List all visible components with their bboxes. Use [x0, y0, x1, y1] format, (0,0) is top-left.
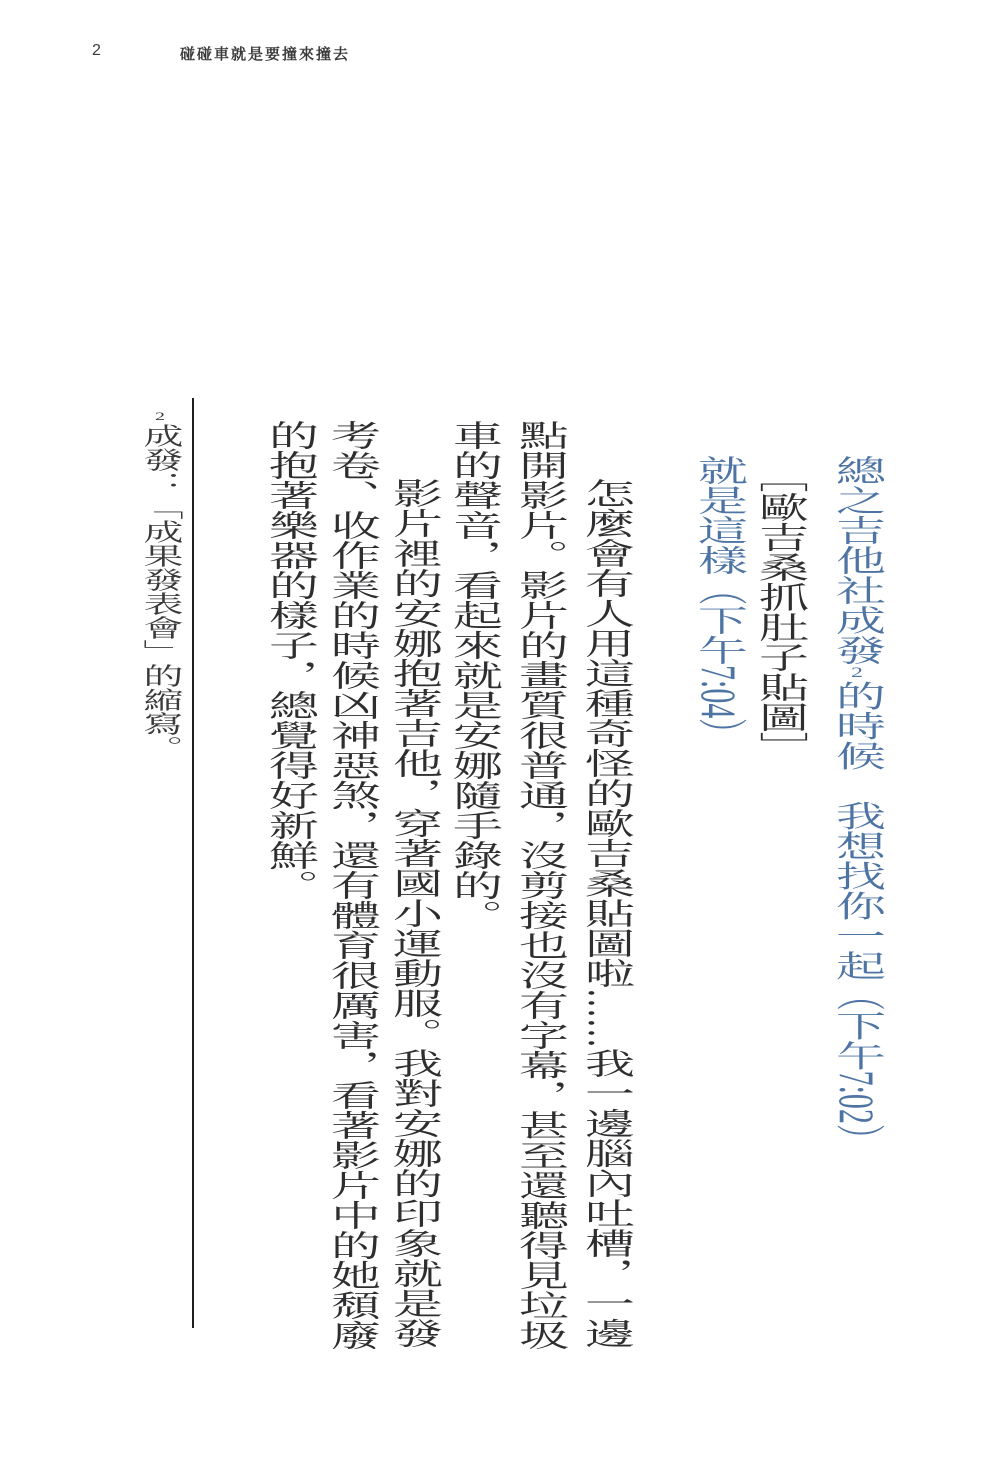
chat-message-2: 就是這樣（下午7:04） [694, 455, 744, 748]
sticker-description: ［歐吉桑抓肚子貼圖］ [755, 462, 805, 762]
paragraph-2-line-1: 影片裡的安娜抱著吉他，穿著國小運動服。我對安娜的印象就是發 [389, 478, 439, 1348]
footnote-divider-line [192, 398, 194, 1328]
paragraph-1-line-3-text: 車的聲音，看起來就是安娜隨手錄的。 [446, 420, 502, 930]
paragraph-2-line-1-text: 影片裡的安娜抱著吉他，穿著國小運動服。我對安娜的印象就是發 [386, 478, 442, 1348]
footnote-marker: 2 [149, 410, 171, 423]
chat-message-1-close-paren: ） [829, 1124, 885, 1154]
paragraph-1-line-1-text: 怎麼會有人用這種奇怪的歐吉桑貼圖啦……我一邊腦內吐槽，一邊 [578, 478, 634, 1348]
paragraph-2-line-2-text: 考卷、收作業的時候凶神惡煞，還有體育很厲害，看著影片中的她頹廢 [324, 420, 380, 1350]
sticker-description-text: ［歐吉桑抓肚子貼圖］ [752, 462, 808, 762]
paragraph-2-line-3-text: 的抱著樂器的樣子，總覺得好新鮮。 [262, 420, 318, 900]
running-head-book-title: 碰碰車就是要撞來撞去 [180, 43, 350, 64]
paragraph-1-line-1: 怎麼會有人用這種奇怪的歐吉桑貼圖啦……我一邊腦內吐槽，一邊 [581, 478, 631, 1348]
footnote-reference-mark: 2 [844, 665, 870, 681]
chat-message-1-timestamp: 7:02 [829, 1071, 885, 1124]
paragraph-1-line-3: 車的聲音，看起來就是安娜隨手錄的。 [449, 420, 499, 930]
chat-message-1-text-start: 總之吉他社成發 [829, 455, 885, 665]
footnote-text: 成發：「成果發表會」的縮寫。 [138, 423, 183, 759]
chat-message-2-text: 就是這樣（下午 [691, 455, 747, 665]
chat-message-1: 總之吉他社成發2的時候 我想找你一起（下午7:02） [832, 455, 882, 1154]
book-page: 2 碰碰車就是要撞來撞去 總之吉他社成發2的時候 我想找你一起（下午7:02） … [0, 0, 1000, 1460]
paragraph-1-line-2: 點開影片。影片的畫質很普通，沒剪接也沒有字幕，甚至還聽得見垃圾 [515, 420, 565, 1350]
paragraph-1-line-2-text: 點開影片。影片的畫質很普通，沒剪接也沒有字幕，甚至還聽得見垃圾 [512, 420, 568, 1350]
footnote: 2成發：「成果發表會」的縮寫。 [140, 410, 180, 759]
page-number: 2 [92, 42, 101, 60]
paragraph-2-line-2: 考卷、收作業的時候凶神惡煞，還有體育很厲害，看著影片中的她頹廢 [327, 420, 377, 1350]
page-header: 2 碰碰車就是要撞來撞去 [0, 40, 1000, 64]
chat-message-2-timestamp: 7:04 [691, 665, 747, 718]
paragraph-2-line-3: 的抱著樂器的樣子，總覺得好新鮮。 [265, 420, 315, 900]
chat-message-1-text-rest: 的時候 我想找你一起（下午 [829, 681, 885, 1071]
chat-message-2-close-paren: ） [691, 718, 747, 748]
